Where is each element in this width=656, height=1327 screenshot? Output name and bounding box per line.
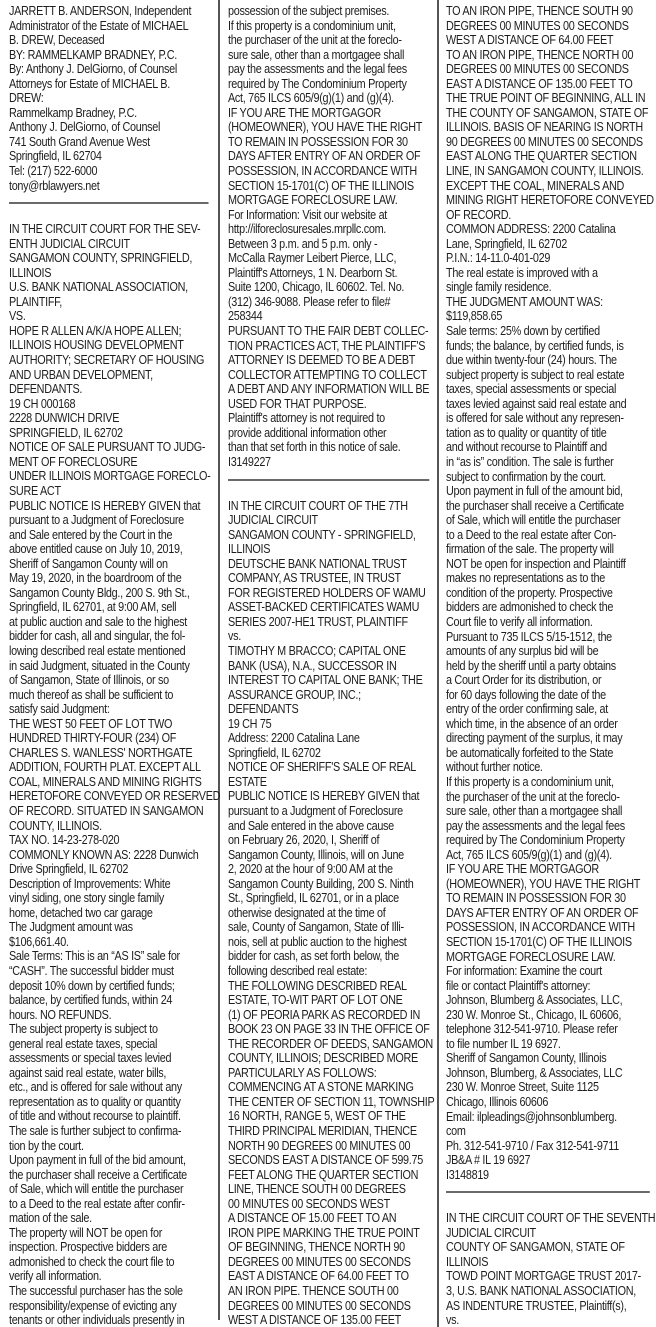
notice-text-line: TO AN IRON PIPE, THENCE SOUTH 90: [446, 4, 649, 19]
notice-text-line: B. DREW, Deceased: [9, 33, 209, 48]
notice-text-line: (1) OF PEORIA PARK AS RECORDED IN: [228, 1008, 430, 1023]
notice-text-line: DAYS AFTER ENTRY OF AN ORDER OF: [446, 906, 649, 921]
notice-text-line: THE COUNTY OF SANGAMON, STATE OF: [446, 106, 649, 121]
notice-text-line: otherwise designated at the time of: [228, 906, 430, 921]
notice-text-line: sure sale, other than a mortgagee shall: [446, 804, 649, 819]
notice-text-line: Act, 765 ILCS 605/9(g)(1) and (g)(4).: [228, 91, 430, 106]
notice-text-line: DAYS AFTER ENTRY OF AN ORDER OF: [228, 149, 430, 164]
notice-text-line: 230 W. Monroe St., Chicago, IL 60606,: [446, 1008, 649, 1023]
notice-text-line: 00 MINUTES 00 SECONDS WEST: [228, 1197, 430, 1212]
notice-text-line: ASSET-BACKED CERTIFICATES WAMU: [228, 600, 430, 615]
notice-text-line: mation of the sale.: [9, 1211, 209, 1226]
notice-text-line: EAST A DISTANCE OF 64.00 FEET TO: [228, 1269, 430, 1284]
notice-text-line: tation as to quality or quantity of titl…: [446, 426, 649, 441]
notice-text-line: I3149227: [228, 455, 430, 470]
notice-text-line: JUDICIAL CIRCUIT: [446, 1226, 649, 1241]
notice-text-line: “CASH”. The successful bidder must: [9, 964, 209, 979]
notice-text-line: 2228 DUNWICH DRIVE: [9, 411, 209, 426]
notice-text-line: above entitled cause on July 10, 2019,: [9, 542, 209, 557]
legal-notice: IN THE CIRCUIT COURT FOR THE SEV-ENTH JU…: [9, 222, 209, 1327]
notice-text-line: Plaintiff's Attorneys, 1 N. Dearborn St.: [228, 266, 430, 281]
notice-text-line: McCalla Raymer Leibert Pierce, LLC,: [228, 251, 430, 266]
notice-text-line: MENT OF FORECLOSURE: [9, 455, 209, 470]
notice-text-line: to a Deed to the real estate after confi…: [9, 1197, 209, 1212]
notice-text-line: Suite 1200, Chicago, IL 60602. Tel. No.: [228, 280, 430, 295]
notice-text-line: 16 NORTH, RANGE 5, WEST OF THE: [228, 1109, 430, 1124]
notice-text-line: Court file to verify all information.: [446, 615, 649, 630]
notice-text-line: IF YOU ARE THE MORTGAGOR: [446, 862, 649, 877]
notice-text-line: lowing described real estate mentioned: [9, 644, 209, 659]
notice-text-line: COAL, MINERALS AND MINING RIGHTS: [9, 775, 209, 790]
notice-text-line: COMMON ADDRESS: 2200 Catalina: [446, 222, 649, 237]
notice-text-line: and without recourse to Plaintiff and: [446, 440, 649, 455]
notice-text-line: ADDITION, FOURTH PLAT. EXCEPT ALL: [9, 760, 209, 775]
notice-text-line: Springfield, IL 62704: [9, 149, 209, 164]
notice-text-line: taxes levied against said real estate an…: [446, 397, 649, 412]
notice-text-line: BY: RAMMELKAMP BRADNEY, P.C.: [9, 48, 209, 63]
notice-text-line: DEFENDANTS: [228, 702, 430, 717]
notice-text-line: DREW:: [9, 91, 209, 106]
notice-text-line: Ph. 312-541-9710 / Fax 312-541-9711: [446, 1139, 649, 1154]
notice-text-line: amounts of any surplus bid will be: [446, 644, 649, 659]
notice-text-line: ENTH JUDICIAL CIRCUIT: [9, 237, 209, 252]
column-1: JARRETT B. ANDERSON, IndependentAdminist…: [9, 4, 209, 1327]
notice-text-line: OF RECORD. SITUATED IN SANGAMON: [9, 804, 209, 819]
notice-text-line: pay the assessments and the legal fees: [228, 62, 430, 77]
notice-text-line: subject to confirmation by the court.: [446, 470, 649, 485]
notice-text-line: MINING RIGHT HERETOFORE CONVEYED: [446, 193, 649, 208]
notice-text-line: SECONDS EAST A DISTANCE OF 599.75: [228, 1153, 430, 1168]
notice-separator-rule: [228, 479, 430, 481]
notice-text-line: single family residence.: [446, 280, 649, 295]
notice-text-line: the purchaser shall receive a Certificat…: [9, 1168, 209, 1183]
notice-text-line: following described real estate:: [228, 964, 430, 979]
notice-text-line: firmation of the sale. The property will: [446, 542, 649, 557]
notice-text-line: The property will NOT be open for: [9, 1226, 209, 1241]
notice-text-line: The real estate is improved with a: [446, 266, 649, 281]
notice-text-line: NOT be open for inspection and Plaintiff: [446, 557, 649, 572]
notice-text-line: Sangamon County Building, 200 S. Ninth: [228, 877, 430, 892]
notice-text-line: on February 26, 2020, I, Sheriff of: [228, 833, 430, 848]
notice-text-line: against said real estate, water bills,: [9, 1066, 209, 1081]
notice-text-line: (HOMEOWNER), YOU HAVE THE RIGHT: [446, 877, 649, 892]
notice-text-line: DEGREES 00 MINUTES 00 SECONDS: [228, 1255, 430, 1270]
notice-text-line: TO REMAIN IN POSSESSION FOR 30: [446, 891, 649, 906]
notice-text-line: BANK (USA), N.A., SUCCESSOR IN: [228, 659, 430, 674]
notice-text-line: 19 CH 000168: [9, 397, 209, 412]
notice-text-line: 3, U.S. BANK NATIONAL ASSOCIATION,: [446, 1284, 649, 1299]
notice-text-line: 258344: [228, 309, 430, 324]
notice-text-line: THIRD PRINCIPAL MERIDIAN, THENCE: [228, 1124, 430, 1139]
notice-text-line: May 19, 2020, in the boardroom of the: [9, 571, 209, 586]
notice-text-line: etc., and is offered for sale without an…: [9, 1080, 209, 1095]
notice-text-line: SURE ACT: [9, 484, 209, 499]
notice-text-line: Chicago, Illinois 60606: [446, 1095, 649, 1110]
notice-text-line: TIMOTHY M BRACCO; CAPITAL ONE: [228, 644, 430, 659]
notice-text-line: taxes, special assessments or special: [446, 382, 649, 397]
notice-text-line: FOR REGISTERED HOLDERS OF WAMU: [228, 586, 430, 601]
notice-text-line: NOTICE OF SALE PURSUANT TO JUDG-: [9, 440, 209, 455]
notice-text-line: inspection. Prospective bidders are: [9, 1240, 209, 1255]
notice-text-line: DEGREES 00 MINUTES 00 SECONDS: [446, 62, 649, 77]
notice-text-line: of Sangamon, State of Illinois, or so: [9, 673, 209, 688]
notice-text-line: representation as to quality or quantity: [9, 1095, 209, 1110]
notice-text-line: SPRINGFIELD, IL 62702: [9, 426, 209, 441]
notice-text-line: file or contact Plaintiff's attorney:: [446, 979, 649, 994]
notice-text-line: A DISTANCE OF 15.00 FEET TO AN: [228, 1211, 430, 1226]
notice-text-line: Sheriff of Sangamon County will on: [9, 557, 209, 572]
notice-text-line: tenants or other individuals presently i…: [9, 1313, 209, 1327]
notice-text-line: The subject property is subject to: [9, 1022, 209, 1037]
notice-text-line: 230 W. Monroe Street, Suite 1125: [446, 1080, 649, 1095]
notice-text-line: in “as is” condition. The sale is furthe…: [446, 455, 649, 470]
notice-text-line: bidders are admonished to check the: [446, 600, 649, 615]
notice-text-line: MORTGAGE FORECLOSURE LAW.: [446, 950, 649, 965]
notice-text-line: The sale is further subject to confirma-: [9, 1124, 209, 1139]
notice-text-line: TO REMAIN IN POSSESSION FOR 30: [228, 135, 430, 150]
notice-text-line: balance, by certified funds, within 24: [9, 993, 209, 1008]
notice-text-line: THE JUDGMENT AMOUNT WAS:: [446, 295, 649, 310]
notice-text-line: ILLINOIS: [9, 266, 209, 281]
notice-text-line: possession of the subject premises.: [228, 4, 430, 19]
notice-text-line: HOPE R ALLEN A/K/A HOPE ALLEN;: [9, 324, 209, 339]
notice-text-line: (312) 346-9088. Please refer to file#: [228, 295, 430, 310]
legal-notices-page: JARRETT B. ANDERSON, IndependentAdminist…: [0, 0, 656, 1327]
notice-text-line: I3148819: [446, 1168, 649, 1183]
notice-text-line: USED FOR THAT PURPOSE.: [228, 397, 430, 412]
notice-text-line: DEUTSCHE BANK NATIONAL TRUST: [228, 557, 430, 572]
notice-text-line: provide additional information other: [228, 426, 430, 441]
notice-text-line: com: [446, 1124, 649, 1139]
notice-text-line: Administrator of the Estate of MICHAEL: [9, 19, 209, 34]
notice-text-line: responsibility/expense of evicting any: [9, 1299, 209, 1314]
notice-text-line: Upon payment in full of the bid amount,: [9, 1153, 209, 1168]
notice-text-line: IN THE CIRCUIT COURT OF THE SEVENTH: [446, 1211, 649, 1226]
notice-text-line: VS.: [9, 309, 209, 324]
notice-text-line: the purchaser of the unit at the foreclo…: [446, 790, 649, 805]
notice-text-line: http://ilforeclosuresales.mrpllc.com.: [228, 222, 430, 237]
notice-text-line: COUNTY OF SANGAMON, STATE OF: [446, 1240, 649, 1255]
legal-notice: IN THE CIRCUIT COURT OF THE 7THJUDICIAL …: [228, 499, 430, 1327]
notice-text-line: of Sale, which will entitle the purchase…: [9, 1182, 209, 1197]
notice-text-line: AS INDENTURE TRUSTEE, Plaintiff(s),: [446, 1299, 649, 1314]
notice-text-line: PUBLIC NOTICE IS HEREBY GIVEN that: [9, 499, 209, 514]
notice-text-line: held by the sheriff until a party obtain…: [446, 659, 649, 674]
notice-text-line: $106,661.40.: [9, 935, 209, 950]
notice-text-line: Sale terms: 25% down by certified: [446, 324, 649, 339]
notice-text-line: OF RECORD.: [446, 208, 649, 223]
notice-text-line: of Sale, which will entitle the purchase…: [446, 513, 649, 528]
notice-text-line: at public auction and sale to the highes…: [9, 615, 209, 630]
notice-text-line: CHARLES S. WANLESS' NORTHGATE: [9, 746, 209, 761]
notice-text-line: Johnson, Blumberg, & Associates, LLC: [446, 1066, 649, 1081]
notice-text-line: 2, 2020 at the hour of 9:00 AM at the: [228, 862, 430, 877]
notice-text-line: ILLINOIS HOUSING DEVELOPMENT: [9, 338, 209, 353]
column-divider-2: [437, 0, 439, 1327]
notice-text-line: SECTION 15-1701(C) OF THE ILLINOIS: [228, 179, 430, 194]
notice-text-line: U.S. BANK NATIONAL ASSOCIATION,: [9, 280, 209, 295]
notice-text-line: Address: 2200 Catalina Lane: [228, 731, 430, 746]
notice-text-line: JB&A # IL 19 6927: [446, 1153, 649, 1168]
notice-text-line: than that set forth in this notice of sa…: [228, 440, 430, 455]
notice-text-line: BOOK 23 ON PAGE 33 IN THE OFFICE OF: [228, 1022, 430, 1037]
notice-text-line: EAST A DISTANCE OF 135.00 FEET TO: [446, 77, 649, 92]
legal-notice: possession of the subject premises.If th…: [228, 4, 430, 470]
notice-text-line: telephone 312-541-9710. Please refer: [446, 1022, 649, 1037]
notice-text-line: TOWD POINT MORTGAGE TRUST 2017-: [446, 1269, 649, 1284]
notice-text-line: COUNTY, ILLINOIS; DESCRIBED MORE: [228, 1051, 430, 1066]
notice-text-line: for 60 days following the date of the: [446, 688, 649, 703]
notice-text-line: Sangamon County Bldg., 200 S. 9th St.,: [9, 586, 209, 601]
notice-text-line: required by The Condominium Property: [446, 833, 649, 848]
notice-text-line: Springfield, IL 62702: [228, 746, 430, 761]
notice-text-line: PUBLIC NOTICE IS HEREBY GIVEN that: [228, 789, 430, 804]
notice-text-line: INTEREST TO CAPITAL ONE BANK; THE: [228, 673, 430, 688]
notice-text-line: Sangamon County, Illinois, will on June: [228, 848, 430, 863]
notice-text-line: Rammelkamp Bradney, P.C.: [9, 106, 209, 121]
notice-text-line: FEET ALONG THE QUARTER SECTION: [228, 1168, 430, 1183]
notice-text-line: THE CENTER OF SECTION 11, TOWNSHIP: [228, 1095, 430, 1110]
legal-notice: JARRETT B. ANDERSON, IndependentAdminist…: [9, 4, 209, 193]
notice-text-line: AN IRON PIPE. THENCE SOUTH 00: [228, 1284, 430, 1299]
notice-text-line: AND URBAN DEVELOPMENT,: [9, 368, 209, 383]
notice-text-line: Springfield, IL 62701, at 9:00 AM, sell: [9, 600, 209, 615]
notice-text-line: Tel: (217) 522-6000: [9, 164, 209, 179]
notice-text-line: subject property is subject to real esta…: [446, 368, 649, 383]
notice-text-line: makes no representations as to the: [446, 571, 649, 586]
notice-text-line: SECTION 15-1701(C) OF THE ILLINOIS: [446, 935, 649, 950]
column-2: possession of the subject premises.If th…: [228, 4, 430, 1327]
notice-text-line: Email: ilpleadings@johnsonblumberg.: [446, 1110, 649, 1125]
notice-text-line: ASSURANCE GROUP, INC.;: [228, 688, 430, 703]
notice-text-line: TO AN IRON PIPE, THENCE NORTH 00: [446, 48, 649, 63]
notice-text-line: tony@rblawyers.net: [9, 179, 209, 194]
notice-text-line: THE WEST 50 FEET OF LOT TWO: [9, 717, 209, 732]
notice-text-line: DEGREES 00 MINUTES 00 SECONDS: [446, 19, 649, 34]
notice-text-line: MORTGAGE FORECLOSURE LAW.: [228, 193, 430, 208]
notice-text-line: ATTORNEY IS DEEMED TO BE A DEBT: [228, 353, 430, 368]
notice-text-line: EAST ALONG THE QUARTER SECTION: [446, 149, 649, 164]
notice-text-line: PLAINTIFF,: [9, 295, 209, 310]
notice-text-line: a Court Order for its distribution, or: [446, 673, 649, 688]
notice-text-line: deposit 10% down by certified funds;: [9, 979, 209, 994]
notice-text-line: By: Anthony J. DelGiorno, of Counsel: [9, 62, 209, 77]
notice-text-line: 90 DEGREES 00 MINUTES 00 SECONDS: [446, 135, 649, 150]
notice-text-line: due within twenty-four (24) hours. The: [446, 353, 649, 368]
notice-text-line: AUTHORITY; SECRETARY OF HOUSING: [9, 353, 209, 368]
notice-text-line: assessments or special taxes levied: [9, 1051, 209, 1066]
notice-text-line: to a Deed to the real estate after Con-: [446, 528, 649, 543]
notice-text-line: For Information: Visit our website at: [228, 208, 430, 223]
notice-text-line: without further notice.: [446, 760, 649, 775]
notice-text-line: (HOMEOWNER), YOU HAVE THE RIGHT: [228, 120, 430, 135]
notice-text-line: A DEBT AND ANY INFORMATION WILL BE: [228, 382, 430, 397]
notice-text-line: ESTATE, TO-WIT PART OF LOT ONE: [228, 993, 430, 1008]
notice-text-line: and Sale entered in the above cause: [228, 819, 430, 834]
notice-text-line: COMPANY, AS TRUSTEE, IN TRUST: [228, 571, 430, 586]
notice-text-line: required by The Condominium Property: [228, 77, 430, 92]
notice-text-line: tion by the court.: [9, 1139, 209, 1154]
column-3: TO AN IRON PIPE, THENCE SOUTH 90DEGREES …: [446, 4, 650, 1327]
notice-text-line: pursuant to a Judgment of Foreclosure: [228, 804, 430, 819]
notice-text-line: the purchaser shall receive a Certificat…: [446, 499, 649, 514]
notice-text-line: admonished to check the court file to: [9, 1255, 209, 1270]
notice-text-line: home, detached two car garage: [9, 906, 209, 921]
notice-text-line: LINE, IN SANGAMON COUNTY, ILLINOIS.: [446, 164, 649, 179]
notice-text-line: bidder for cash, all and singular, the f…: [9, 629, 209, 644]
notice-text-line: nois, sell at public auction to the high…: [228, 935, 430, 950]
notice-separator-rule: [446, 1191, 649, 1193]
notice-text-line: IN THE CIRCUIT COURT OF THE 7TH: [228, 499, 430, 514]
notice-text-line: THE FOLLOWING DESCRIBED REAL: [228, 979, 430, 994]
notice-text-line: St., Springfield, IL 62701, or in a plac…: [228, 891, 430, 906]
notice-text-line: be automatically forfeited to the State: [446, 746, 649, 761]
notice-text-line: sale, County of Sangamon, State of Illi-: [228, 920, 430, 935]
notice-text-line: Attorneys for Estate of MICHAEL B.: [9, 77, 209, 92]
notice-text-line: Anthony J. DelGiorno, of Counsel: [9, 120, 209, 135]
notice-text-line: vs.: [228, 629, 430, 644]
notice-text-line: Johnson, Blumberg & Associates, LLC,: [446, 993, 649, 1008]
column-divider-1: [218, 0, 220, 1320]
notice-text-line: OF BEGINNING, THENCE NORTH 90: [228, 1240, 430, 1255]
notice-text-line: Pursuant to 735 ILCS 5/15-1512, the: [446, 630, 649, 645]
notice-text-line: Act, 765 ILCS 605/9(g)(1) and (g)(4).: [446, 848, 649, 863]
notice-text-line: condition of the property. Prospective: [446, 586, 649, 601]
notice-text-line: ILLINOIS. BASIS OF NEARING IS NORTH: [446, 120, 649, 135]
notice-text-line: If this property is a condominium unit,: [446, 775, 649, 790]
notice-text-line: NOTICE OF SHERIFF'S SALE OF REAL: [228, 760, 430, 775]
notice-text-line: SERIES 2007-HE1 TRUST, PLAINTIFF: [228, 615, 430, 630]
notice-text-line: bidder for cash, as set forth below, the: [228, 949, 430, 964]
notice-text-line: HERETOFORE CONVEYED OR RESERVED: [9, 789, 209, 804]
notice-text-line: UNDER ILLINOIS MORTGAGE FORECLO-: [9, 469, 209, 484]
notice-text-line: JUDICIAL CIRCUIT: [228, 513, 430, 528]
notice-text-line: JARRETT B. ANDERSON, Independent: [9, 4, 209, 19]
notice-text-line: IN THE CIRCUIT COURT FOR THE SEV-: [9, 222, 209, 237]
notice-text-line: Lane, Springfield, IL 62702: [446, 237, 649, 252]
notice-text-line: entry of the order confirming sale, at: [446, 702, 649, 717]
notice-text-line: THE TRUE POINT OF BEGINNING, ALL IN: [446, 91, 649, 106]
notice-text-line: Between 3 p.m. and 5 p.m. only -: [228, 237, 430, 252]
notice-text-line: The Judgment amount was: [9, 920, 209, 935]
notice-text-line: Plaintiff's attorney is not required to: [228, 411, 430, 426]
notice-text-line: COMMENCING AT A STONE MARKING: [228, 1080, 430, 1095]
notice-text-line: NORTH 90 DEGREES 00 MINUTES 00: [228, 1139, 430, 1154]
notice-text-line: funds; the balance, by certified funds, …: [446, 339, 649, 354]
notice-text-line: which time, in the absence of an order: [446, 717, 649, 732]
notice-text-line: in said Judgment, situated in the County: [9, 659, 209, 674]
notice-text-line: vs.: [446, 1313, 649, 1327]
notice-text-line: For information: Examine the court: [446, 964, 649, 979]
notice-text-line: PARTICULARLY AS FOLLOWS:: [228, 1066, 430, 1081]
notice-text-line: the purchaser of the unit at the foreclo…: [228, 33, 430, 48]
notice-text-line: of title and without recourse to plainti…: [9, 1109, 209, 1124]
notice-text-line: Description of Improvements: White: [9, 877, 209, 892]
legal-notice: IN THE CIRCUIT COURT OF THE SEVENTHJUDIC…: [446, 1211, 649, 1327]
notice-text-line: HUNDRED THIRTY-FOUR (234) OF: [9, 731, 209, 746]
notice-text-line: Sheriff of Sangamon County, Illinois: [446, 1051, 649, 1066]
notice-text-line: to file number IL 19 6927.: [446, 1037, 649, 1052]
notice-text-line: 741 South Grand Avenue West: [9, 135, 209, 150]
notice-text-line: TION PRACTICES ACT, THE PLAINTIFF'S: [228, 339, 430, 354]
notice-text-line: P.I.N.: 14-11.0-401-029: [446, 251, 649, 266]
notice-text-line: pay the assessments and the legal fees: [446, 819, 649, 834]
notice-text-line: Sale Terms: This is an “AS IS” sale for: [9, 949, 209, 964]
notice-text-line: Drive Springfield, IL 62702: [9, 862, 209, 877]
notice-text-line: 19 CH 75: [228, 717, 430, 732]
notice-text-line: PURSUANT TO THE FAIR DEBT COLLEC-: [228, 324, 430, 339]
notice-text-line: POSSESSION, IN ACCORDANCE WITH: [228, 164, 430, 179]
notice-text-line: WEST A DISTANCE OF 64.00 FEET: [446, 33, 649, 48]
notice-text-line: DEFENDANTS.: [9, 382, 209, 397]
notice-text-line: The successful purchaser has the sole: [9, 1284, 209, 1299]
notice-text-line: LINE, THENCE SOUTH 00 DEGREES: [228, 1182, 430, 1197]
notice-text-line: COMMONLY KNOWN AS: 2228 Dunwich: [9, 848, 209, 863]
legal-notice: TO AN IRON PIPE, THENCE SOUTH 90DEGREES …: [446, 4, 649, 1182]
notice-text-line: COLLECTOR ATTEMPTING TO COLLECT: [228, 368, 430, 383]
notice-text-line: pursuant to a Judgment of Foreclosure: [9, 513, 209, 528]
notice-text-line: SANGAMON COUNTY - SPRINGFIELD,: [228, 528, 430, 543]
notice-text-line: vinyl siding, one story single family: [9, 891, 209, 906]
notice-text-line: SANGAMON COUNTY, SPRINGFIELD,: [9, 251, 209, 266]
notice-text-line: IF YOU ARE THE MORTGAGOR: [228, 106, 430, 121]
notice-text-line: TAX NO. 14-23-278-020: [9, 833, 209, 848]
notice-text-line: and Sale entered by the Court in the: [9, 528, 209, 543]
notice-text-line: Upon payment in full of the amount bid,: [446, 484, 649, 499]
notice-text-line: THE RECORDER OF DEEDS, SANGAMON: [228, 1037, 430, 1052]
notice-text-line: ESTATE: [228, 775, 430, 790]
notice-text-line: satisfy said Judgment:: [9, 702, 209, 717]
notice-text-line: is offered for sale without any represen…: [446, 411, 649, 426]
notice-text-line: EXCEPT THE COAL, MINERALS AND: [446, 179, 649, 194]
notice-text-line: WEST A DISTANCE OF 135.00 FEET: [228, 1313, 430, 1327]
notice-text-line: verify all information.: [9, 1269, 209, 1284]
notice-text-line: IRON PIPE MARKING THE TRUE POINT: [228, 1226, 430, 1241]
notice-text-line: If this property is a condominium unit,: [228, 19, 430, 34]
notice-text-line: hours. NO REFUNDS.: [9, 1008, 209, 1023]
notice-text-line: ILLINOIS: [446, 1255, 649, 1270]
notice-text-line: sure sale, other than a mortgagee shall: [228, 48, 430, 63]
notice-text-line: directing payment of the surplus, it may: [446, 731, 649, 746]
notice-text-line: COUNTY, ILLINOIS.: [9, 819, 209, 834]
notice-text-line: ILLINOIS: [228, 542, 430, 557]
notice-text-line: much thereof as shall be sufficient to: [9, 688, 209, 703]
notice-text-line: DEGREES 00 MINUTES 00 SECONDS: [228, 1299, 430, 1314]
notice-text-line: POSSESSION, IN ACCORDANCE WITH: [446, 920, 649, 935]
notice-separator-rule: [9, 202, 209, 204]
notice-text-line: $119,858.65: [446, 309, 649, 324]
notice-text-line: general real estate taxes, special: [9, 1037, 209, 1052]
